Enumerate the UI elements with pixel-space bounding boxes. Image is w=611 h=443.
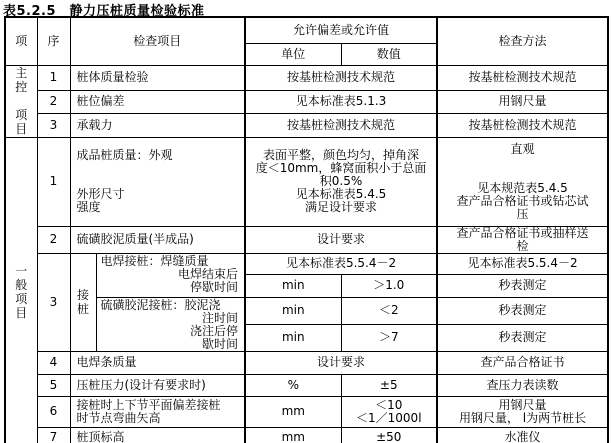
weld-item-title: 电焊接桩：焊缝质量: [99, 255, 243, 268]
cell-method: 查产品合格证书: [437, 351, 608, 374]
header-check-item-col: 检查项目: [70, 17, 245, 65]
header-row-1: 项 序 检查项目 允许偏差或允许值 检查方法: [5, 17, 608, 43]
cell-method: 按基桩检测技术规范: [437, 113, 608, 137]
row-seq: 6: [37, 396, 70, 427]
general-row-7: 7 桩顶标高 mm ±50 水准仪: [5, 427, 608, 443]
general-row-4: 4 电焊条质量 设计要求 查产品合格证书: [5, 351, 608, 374]
cell-method: 查压力表读数: [437, 374, 608, 396]
general-row-2: 2 硫磺胶泥质量(半成品) 设计要求 查产品合格证书或抽样送 检: [5, 226, 608, 253]
cell-check-item: 承载力: [70, 113, 245, 137]
header-item-col: 项: [5, 17, 37, 65]
main-row-3: 3 承载力 按基桩检测技术规范 按基桩检测技术规范: [5, 113, 608, 137]
cell-value: ±5: [341, 374, 437, 396]
document-page: 表5.2.5 静力压桩质量检验标准 项 序 检查项目 允许偏差或允许值 检查方法…: [0, 0, 611, 443]
inspection-standard-table: 项 序 检查项目 允许偏差或允许值 检查方法 单位 数值 主 控 项 目 1 桩…: [4, 16, 609, 443]
cell-method: 用钢尺量: [437, 90, 608, 113]
cell-unit: min: [245, 274, 341, 297]
general-row-5: 5 压桩压力(设计有要求时) % ±5 查压力表读数: [5, 374, 608, 396]
cell-unit: min: [245, 297, 341, 324]
row-seq: 3: [37, 253, 70, 351]
cell-unit: min: [245, 324, 341, 351]
cell-allow-value: 设计要求: [245, 226, 437, 253]
header-unit-col: 单位: [245, 43, 341, 65]
row-seq: 2: [37, 90, 70, 113]
cell-check-item: 压桩压力(设计有要求时): [70, 374, 245, 396]
main-row-1: 主 控 项 目 1 桩体质量检验 按基桩检测技术规范 按基桩检测技术规范: [5, 65, 608, 90]
row-seq: 2: [37, 226, 70, 253]
cell-method: 水准仪: [437, 427, 608, 443]
row-seq: 4: [37, 351, 70, 374]
main-row-2: 2 桩位偏差 见本标准表5.1.3 用钢尺量: [5, 90, 608, 113]
weld-item-continuation: 电焊结束后 停歇时间: [99, 268, 243, 294]
general-row-3-weld-1: 3 接 桩 电焊接桩：焊缝质量 电焊结束后 停歇时间 见本标准表5.5.4－2 …: [5, 253, 608, 274]
cell-value: ＞7: [341, 324, 437, 351]
cell-value: ＜10 ＜1／1000l: [341, 396, 437, 427]
cell-check-item-weld: 电焊接桩：焊缝质量 电焊结束后 停歇时间: [96, 253, 245, 297]
header-method-col: 检查方法: [437, 17, 608, 65]
cell-value: ±50: [341, 427, 437, 443]
cell-check-item-sulfur: 硫磺胶泥接桩：胶泥浇 注时间 浇注后停 歇时间: [96, 297, 245, 351]
cell-check-item: 桩顶标高: [70, 427, 245, 443]
splice-sublabel: 接 桩: [70, 253, 96, 351]
cell-method: 秒表测定: [437, 274, 608, 297]
cell-allow-value: 按基桩检测技术规范: [245, 65, 437, 90]
header-value-col: 数值: [341, 43, 437, 65]
cell-allow-value: 表面平整，颜色均匀，掉角深 度＜10mm，蜂窝面积小于总面 积0.5% 见本标准…: [245, 137, 437, 226]
cell-check-item: 桩体质量检验: [70, 65, 245, 90]
general-row-1: 一 般 项 目 1 成品桩质量：外观 外形尺寸 强度 表面平整，颜色均匀，掉角深…: [5, 137, 608, 226]
cell-allow-value: 见本标准表5.1.3: [245, 90, 437, 113]
section-label-main-control: 主 控 项 目: [5, 65, 37, 137]
cell-check-item: 桩位偏差: [70, 90, 245, 113]
sulfur-item-continuation: 注时间 浇注后停 歇时间: [99, 312, 243, 351]
row-seq: 1: [37, 65, 70, 90]
row-seq: 3: [37, 113, 70, 137]
header-allow-col: 允许偏差或允许值: [245, 17, 437, 43]
cell-unit: mm: [245, 427, 341, 443]
cell-method: 按基桩检测技术规范: [437, 65, 608, 90]
cell-value: ＜2: [341, 297, 437, 324]
cell-unit: mm: [245, 396, 341, 427]
cell-method: 查产品合格证书或抽样送 检: [437, 226, 608, 253]
section-label-general: 一 般 项 目: [5, 137, 37, 443]
row-seq: 5: [37, 374, 70, 396]
cell-value: ＞1.0: [341, 274, 437, 297]
cell-method: 见本标准表5.5.4－2: [437, 253, 608, 274]
general-row-6: 6 接桩时上下节平面偏差接桩 时节点弯曲矢高 mm ＜10 ＜1／1000l 用…: [5, 396, 608, 427]
cell-unit: %: [245, 374, 341, 396]
row-seq: 1: [37, 137, 70, 226]
cell-check-item: 硫磺胶泥质量(半成品): [70, 226, 245, 253]
cell-allow-value: 按基桩检测技术规范: [245, 113, 437, 137]
cell-check-item: 接桩时上下节平面偏差接桩 时节点弯曲矢高: [70, 396, 245, 427]
cell-method: 用钢尺量 用钢尺量， l为两节桩长: [437, 396, 608, 427]
cell-allow-value: 设计要求: [245, 351, 437, 374]
general-row-3-sulfur-1: 硫磺胶泥接桩：胶泥浇 注时间 浇注后停 歇时间 min ＜2 秒表测定: [5, 297, 608, 324]
cell-check-item: 电焊条质量: [70, 351, 245, 374]
cell-check-item: 成品桩质量：外观 外形尺寸 强度: [70, 137, 245, 226]
cell-allow-value: 见本标准表5.5.4－2: [245, 253, 437, 274]
sulfur-item-title: 硫磺胶泥接桩：胶泥浇: [99, 299, 243, 312]
cell-method: 秒表测定: [437, 297, 608, 324]
cell-method: 秒表测定: [437, 324, 608, 351]
header-seq-col: 序: [37, 17, 70, 65]
row-seq: 7: [37, 427, 70, 443]
cell-method: 直观 见本规范表5.4.5 查产品合格证书或钻芯试 压: [437, 137, 608, 226]
